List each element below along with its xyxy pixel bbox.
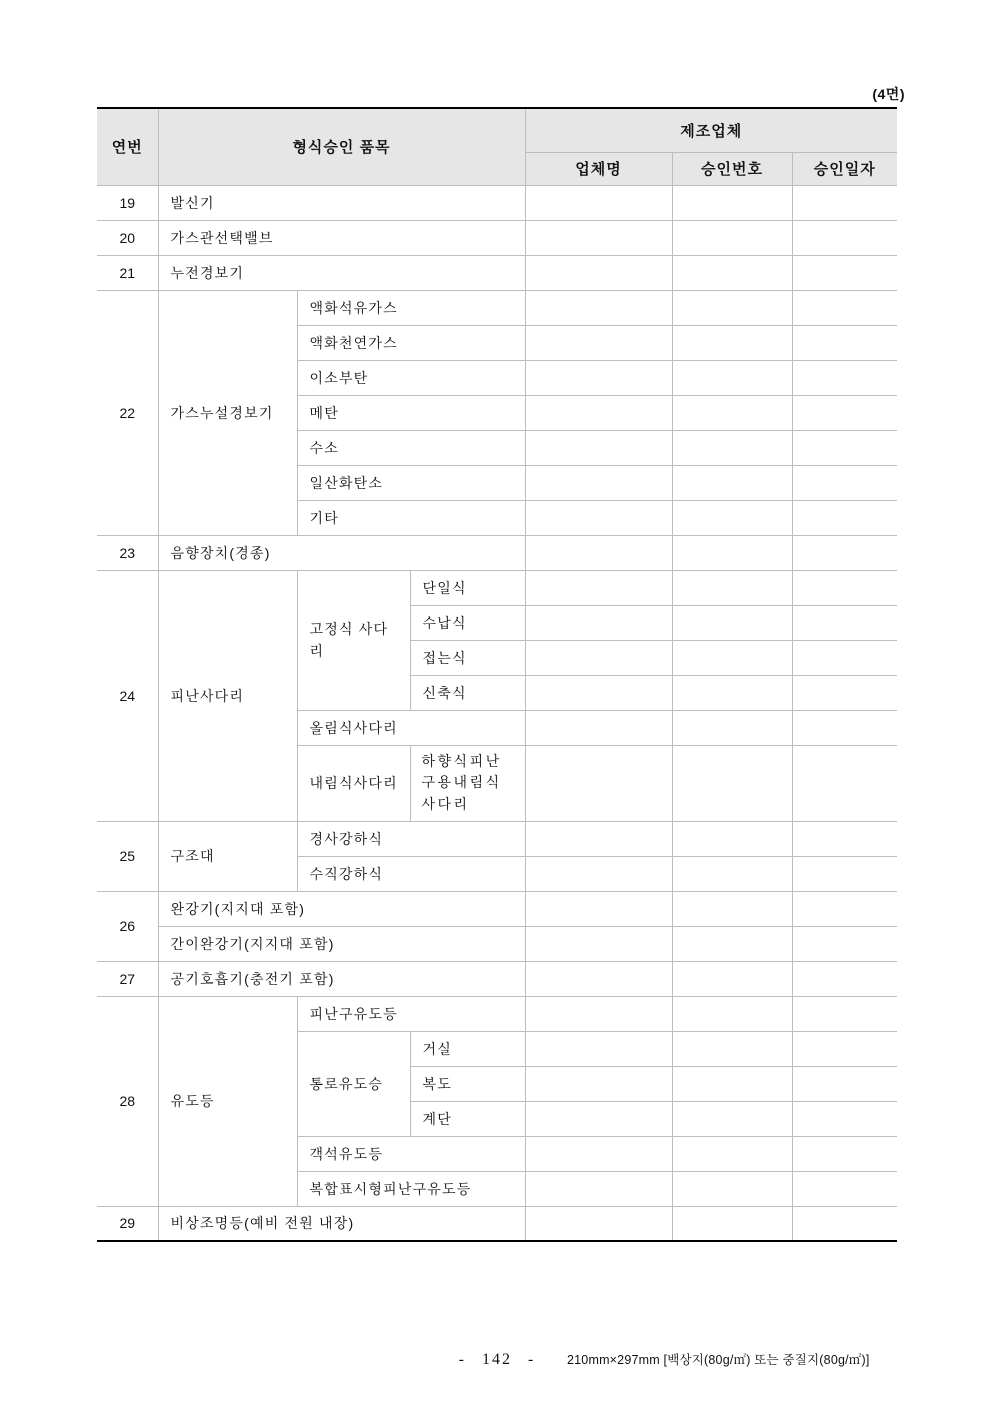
cell-company-value — [525, 360, 672, 395]
cell-approval-no-value — [672, 220, 792, 255]
table-row: 22 가스누설경보기 액화석유가스 — [97, 290, 897, 325]
table-row: 19 발신기 — [97, 185, 897, 220]
cell-sub-item: 복도 — [410, 1066, 525, 1101]
cell-company-value — [525, 710, 672, 745]
cell-item-name: 간이완강기(지지대 포함) — [158, 926, 525, 961]
header-serial: 연번 — [97, 108, 158, 185]
cell-serial: 24 — [97, 570, 158, 821]
cell-item-name: 누전경보기 — [158, 255, 525, 290]
cell-approval-no-value — [672, 745, 792, 821]
cell-approval-date-value — [792, 961, 897, 996]
cell-approval-date-value — [792, 926, 897, 961]
cell-sub-group: 통로유도승 — [297, 1031, 410, 1136]
cell-sub-item: 신축식 — [410, 675, 525, 710]
cell-approval-date-value — [792, 395, 897, 430]
cell-approval-no-value — [672, 255, 792, 290]
cell-sub-item: 수직강하식 — [297, 856, 525, 891]
cell-approval-no-value — [672, 1031, 792, 1066]
table-row: 20 가스관선택밸브 — [97, 220, 897, 255]
cell-company-value — [525, 570, 672, 605]
cell-company-value — [525, 1031, 672, 1066]
cell-approval-date-value — [792, 255, 897, 290]
cell-approval-date-value — [792, 570, 897, 605]
cell-approval-date-value — [792, 185, 897, 220]
cell-sub-item: 접는식 — [410, 640, 525, 675]
cell-company-value — [525, 605, 672, 640]
cell-serial: 19 — [97, 185, 158, 220]
cell-approval-date-value — [792, 856, 897, 891]
cell-approval-no-value — [672, 926, 792, 961]
cell-company-value — [525, 640, 672, 675]
cell-approval-no-value — [672, 465, 792, 500]
cell-company-value — [525, 996, 672, 1031]
cell-company-value — [525, 1101, 672, 1136]
cell-approval-no-value — [672, 185, 792, 220]
cell-approval-no-value — [672, 500, 792, 535]
cell-approval-date-value — [792, 710, 897, 745]
cell-approval-date-value — [792, 1101, 897, 1136]
cell-sub-item: 수소 — [297, 430, 525, 465]
cell-sub-group: 고정식 사다리 — [297, 570, 410, 710]
table-row: 21 누전경보기 — [97, 255, 897, 290]
cell-approval-date-value — [792, 430, 897, 465]
cell-approval-date-value — [792, 1136, 897, 1171]
cell-approval-date-value — [792, 1066, 897, 1101]
cell-sub-item: 일산화탄소 — [297, 465, 525, 500]
table-row: 24 피난사다리 고정식 사다리 단일식 — [97, 570, 897, 605]
cell-company-value — [525, 255, 672, 290]
cell-item-name: 발신기 — [158, 185, 525, 220]
page-number: - 142 - — [437, 1351, 557, 1369]
header-item: 형식승인 품목 — [158, 108, 525, 185]
cell-sub-item: 경사강하식 — [297, 821, 525, 856]
cell-approval-date-value — [792, 745, 897, 821]
cell-approval-no-value — [672, 961, 792, 996]
cell-sub-item: 메탄 — [297, 395, 525, 430]
header-company: 업체명 — [525, 152, 672, 185]
cell-approval-date-value — [792, 891, 897, 926]
cell-approval-no-value — [672, 1101, 792, 1136]
table-row: 27 공기호흡기(충전기 포함) — [97, 961, 897, 996]
cell-sub-item: 액화천연가스 — [297, 325, 525, 360]
cell-approval-no-value — [672, 891, 792, 926]
table-row: 26 완강기(지지대 포함) — [97, 891, 897, 926]
cell-sub-item: 하향식피난구용내림식사다리 — [410, 745, 525, 821]
cell-item-name: 공기호흡기(충전기 포함) — [158, 961, 525, 996]
cell-serial: 21 — [97, 255, 158, 290]
table-row: 25 구조대 경사강하식 — [97, 821, 897, 856]
cell-company-value — [525, 185, 672, 220]
cell-serial: 29 — [97, 1206, 158, 1241]
table-row: 23 음향장치(경종) — [97, 535, 897, 570]
sheet-page-label: (4면) — [0, 84, 905, 104]
cell-company-value — [525, 430, 672, 465]
cell-company-value — [525, 926, 672, 961]
cell-approval-date-value — [792, 675, 897, 710]
cell-serial: 20 — [97, 220, 158, 255]
cell-item-name: 완강기(지지대 포함) — [158, 891, 525, 926]
cell-sub-item: 복합표시형피난구유도등 — [297, 1171, 525, 1206]
cell-approval-date-value — [792, 220, 897, 255]
cell-approval-no-value — [672, 1136, 792, 1171]
cell-sub-item: 기타 — [297, 500, 525, 535]
cell-approval-no-value — [672, 996, 792, 1031]
cell-item-name: 음향장치(경종) — [158, 535, 525, 570]
cell-approval-date-value — [792, 325, 897, 360]
paper-spec: 210mm×297mm [백상지(80g/㎡) 또는 중질지(80g/㎡)] — [567, 1350, 907, 1368]
cell-serial: 27 — [97, 961, 158, 996]
table-row: 28 유도등 피난구유도등 — [97, 996, 897, 1031]
table-row: 간이완강기(지지대 포함) — [97, 926, 897, 961]
cell-sub-item: 수납식 — [410, 605, 525, 640]
cell-approval-no-value — [672, 325, 792, 360]
cell-approval-no-value — [672, 430, 792, 465]
cell-sub-item: 계단 — [410, 1101, 525, 1136]
cell-approval-no-value — [672, 570, 792, 605]
cell-approval-no-value — [672, 710, 792, 745]
header-approval-no: 승인번호 — [672, 152, 792, 185]
cell-company-value — [525, 891, 672, 926]
cell-company-value — [525, 290, 672, 325]
cell-approval-no-value — [672, 1171, 792, 1206]
cell-approval-no-value — [672, 856, 792, 891]
cell-company-value — [525, 1066, 672, 1101]
cell-company-value — [525, 961, 672, 996]
cell-item-name: 유도등 — [158, 996, 297, 1206]
cell-serial: 22 — [97, 290, 158, 535]
cell-sub-item: 거실 — [410, 1031, 525, 1066]
cell-approval-date-value — [792, 605, 897, 640]
cell-approval-date-value — [792, 640, 897, 675]
cell-approval-no-value — [672, 1206, 792, 1241]
cell-approval-date-value — [792, 290, 897, 325]
cell-item-name: 피난사다리 — [158, 570, 297, 821]
cell-sub-item: 올림식사다리 — [297, 710, 525, 745]
cell-approval-date-value — [792, 996, 897, 1031]
table-row: 29 비상조명등(예비 전원 내장) — [97, 1206, 897, 1241]
cell-item-name: 가스누설경보기 — [158, 290, 297, 535]
cell-item-name: 비상조명등(예비 전원 내장) — [158, 1206, 525, 1241]
cell-approval-no-value — [672, 535, 792, 570]
cell-item-name: 구조대 — [158, 821, 297, 891]
approval-items-table: 연번 형식승인 품목 제조업체 업체명 승인번호 승인일자 19 발신기 20 … — [97, 107, 897, 1242]
cell-serial: 28 — [97, 996, 158, 1206]
header-manufacturer: 제조업체 — [525, 108, 897, 152]
table-header-row-1: 연번 형식승인 품목 제조업체 — [97, 108, 897, 152]
cell-approval-date-value — [792, 1031, 897, 1066]
cell-approval-no-value — [672, 395, 792, 430]
cell-approval-no-value — [672, 675, 792, 710]
cell-sub-item: 액화석유가스 — [297, 290, 525, 325]
cell-approval-date-value — [792, 1171, 897, 1206]
cell-company-value — [525, 325, 672, 360]
cell-sub-item: 이소부탄 — [297, 360, 525, 395]
cell-approval-no-value — [672, 640, 792, 675]
header-approval-date: 승인일자 — [792, 152, 897, 185]
cell-approval-date-value — [792, 535, 897, 570]
cell-company-value — [525, 465, 672, 500]
cell-approval-no-value — [672, 290, 792, 325]
cell-serial: 25 — [97, 821, 158, 891]
cell-item-name: 가스관선택밸브 — [158, 220, 525, 255]
cell-company-value — [525, 745, 672, 821]
cell-company-value — [525, 821, 672, 856]
cell-approval-date-value — [792, 465, 897, 500]
cell-company-value — [525, 535, 672, 570]
cell-approval-no-value — [672, 360, 792, 395]
cell-approval-date-value — [792, 1206, 897, 1241]
cell-company-value — [525, 395, 672, 430]
cell-company-value — [525, 220, 672, 255]
cell-sub-group: 내림식사다리 — [297, 745, 410, 821]
cell-approval-date-value — [792, 500, 897, 535]
cell-company-value — [525, 1136, 672, 1171]
cell-approval-no-value — [672, 1066, 792, 1101]
cell-sub-item: 객석유도등 — [297, 1136, 525, 1171]
cell-approval-date-value — [792, 360, 897, 395]
cell-company-value — [525, 500, 672, 535]
cell-company-value — [525, 1206, 672, 1241]
cell-company-value — [525, 1171, 672, 1206]
cell-approval-date-value — [792, 821, 897, 856]
cell-sub-item: 단일식 — [410, 570, 525, 605]
cell-sub-item: 피난구유도등 — [297, 996, 525, 1031]
cell-serial: 26 — [97, 891, 158, 961]
cell-approval-no-value — [672, 605, 792, 640]
cell-company-value — [525, 856, 672, 891]
cell-approval-no-value — [672, 821, 792, 856]
cell-company-value — [525, 675, 672, 710]
cell-serial: 23 — [97, 535, 158, 570]
